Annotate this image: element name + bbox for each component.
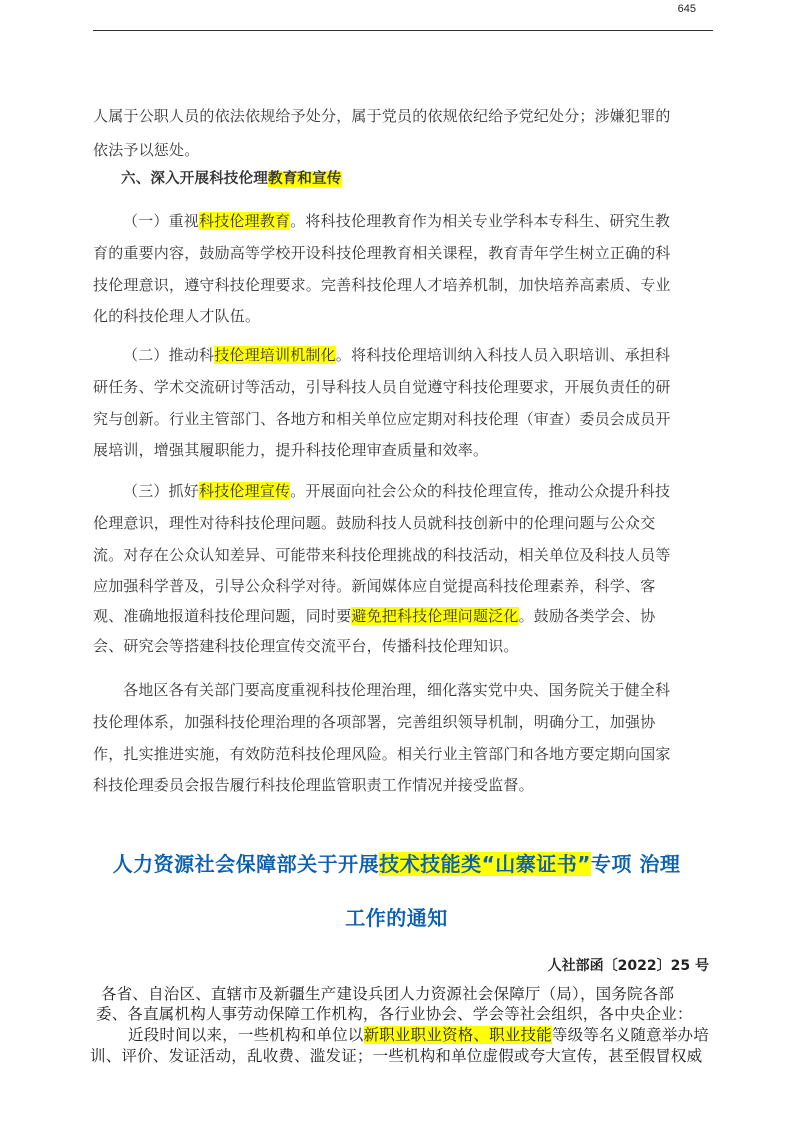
paragraph-line: 各地区各有关部门要高度重视科技伦理治理，细化落实党中央、国务院关于健全科 — [123, 680, 744, 700]
highlighted-title-text: 技术技能类“山寨证书” — [379, 852, 591, 876]
paragraph-line: 伦理意识，理性对待科技伦理问题。鼓励科技人员就科技创新中的伦理问题与公众交 — [93, 513, 714, 533]
text-run: 。将科技伦理教育作为相关专业学科本专科生、研究生教 — [290, 212, 670, 230]
paragraph-line: 育的重要内容，鼓励高等学校开设科技伦理教育相关课程，教育青年学生树立正确的科 — [93, 243, 714, 263]
highlighted-text: 新职业职业资格、职业技能 — [364, 1026, 552, 1044]
text-run: 。鼓励各类学会、协 — [519, 607, 656, 625]
text-run: 。将科技伦理培训纳入科技人员入职培训、承担科 — [336, 346, 670, 364]
title-text: 人力资源社会保障部关于开展 — [113, 852, 380, 876]
document-number: 人社部函〔2022〕25 号 — [548, 955, 709, 975]
text-run: （三）抓好 — [123, 482, 199, 500]
paragraph-line: 近段时间以来，一些机构和单位以新职业职业资格、职业技能等级等名义随意举办培 — [128, 1025, 749, 1045]
paragraph-line: （三）抓好科技伦理宣传。开展面向社会公众的科技伦理宣传，推动公众提升科技 — [123, 481, 744, 501]
paragraph-line: 依法予以惩处。 — [93, 140, 714, 160]
page-number: 645 — [678, 3, 696, 15]
paragraph-line: （二）推动科技伦理培训机制化。将科技伦理培训纳入科技人员入职培训、承担科 — [123, 345, 744, 365]
highlighted-text: 技伦理培训机制化 — [214, 346, 336, 364]
highlighted-text: 科技伦理宣传 — [199, 482, 290, 500]
text-run: 观、准确地报道科技伦理问题，同时要 — [93, 607, 351, 625]
text-run: 等级等名义随意举办培 — [552, 1026, 709, 1044]
document-title: 人力资源社会保障部关于开展技术技能类“山寨证书”专项 治理 — [0, 848, 793, 877]
paragraph-line: 展培训，增强其履职能力，提升科技伦理审查质量和效率。 — [93, 440, 714, 460]
paragraph-line: 研任务、学术交流研讨等活动，引导科技人员自觉遵守科技伦理要求，开展负责任的研 — [93, 377, 714, 397]
paragraph-line: 科技伦理委员会报告履行科技伦理监管职责工作情况并接受监督。 — [93, 775, 714, 795]
paragraph-line: 作，扎实推进实施，有效防范科技伦理风险。相关行业主管部门和各地方要定期向国家 — [93, 744, 714, 764]
text-run: （一）重视 — [123, 212, 199, 230]
paragraph-line: 人属于公职人员的依法依规给予处分，属于党员的依规依纪给予党纪处分；涉嫌犯罪的 — [93, 106, 714, 126]
text-run: 。开展面向社会公众的科技伦理宣传，推动公众提升科技 — [290, 482, 670, 500]
header-rule — [93, 30, 713, 31]
paragraph-line: 技伦理意识，遵守科技伦理要求。完善科技伦理人才培养机制，加快培养高素质、专业 — [93, 275, 714, 295]
addressee-line: 各省、自治区、直辖市及新疆生产建设兵团人力资源社会保障厅（局），国务院各部 — [101, 984, 722, 1004]
heading-text: 六、深入开展科技伦理 — [121, 171, 268, 187]
paragraph-line: 流。对存在公众认知差异、可能带来科技伦理挑战的科技活动，相关单位及科技人员等 — [93, 545, 714, 565]
paragraph-line: 究与创新。行业主管部门、各地方和相关单位应定期对科技伦理（审查）委员会成员开 — [93, 409, 714, 429]
paragraph-line: 应加强科学普及，引导公众科学对待。新闻媒体应自觉提高科技伦理素养，科学、客 — [93, 576, 714, 596]
highlighted-text: 教育和宣传 — [268, 171, 342, 187]
paragraph-line: （一）重视科技伦理教育。将科技伦理教育作为相关专业学科本专科生、研究生教 — [123, 211, 744, 231]
document-title-line2: 工作的通知 — [0, 902, 793, 931]
paragraph-line: 化的科技伦理人才队伍。 — [93, 306, 714, 326]
paragraph-line: 训、评价、发证活动，乱收费、滥发证；一些机构和单位虚假或夸大宣传，甚至假冒权威 — [90, 1046, 711, 1066]
highlighted-text: 避免把科技伦理问题泛化 — [351, 607, 518, 625]
paragraph-line: 观、准确地报道科技伦理问题，同时要避免把科技伦理问题泛化。鼓励各类学会、协 — [93, 606, 714, 626]
text-run: 近段时间以来，一些机构和单位以 — [128, 1026, 364, 1044]
title-text: 专项 治理 — [591, 852, 680, 876]
addressee-line: 委、各直属机构人事劳动保障工作机构，各行业协会、学会等社会组织，各中央企业： — [96, 1004, 717, 1024]
text-run: （二）推动科 — [123, 346, 214, 364]
paragraph-line: 技伦理体系，加强科技伦理治理的各项部署，完善组织领导机制，明确分工，加强协 — [93, 712, 714, 732]
highlighted-text: 科技伦理教育 — [199, 212, 290, 230]
section-heading: 六、深入开展科技伦理教育和宣传 — [121, 169, 742, 189]
paragraph-line: 会、研究会等搭建科技伦理宣传交流平台，传播科技伦理知识。 — [93, 636, 714, 656]
